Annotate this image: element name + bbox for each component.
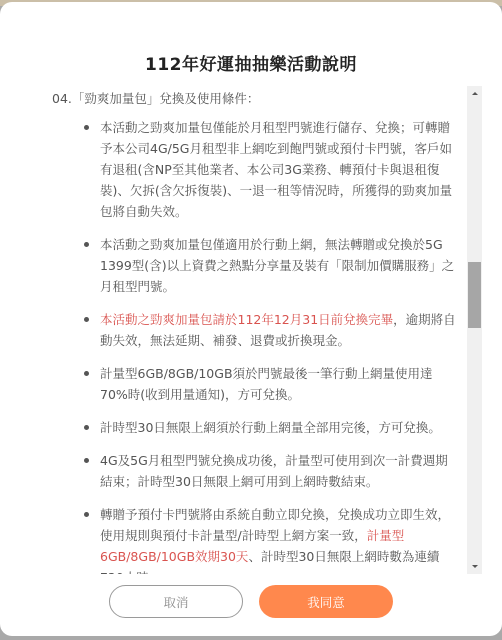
rule-item: 計量型6GB/8GB/10GB須於門號最後一筆行動上網量使用達70%時(收到用量…: [82, 363, 462, 405]
rule-text: 4G及5G月租型門號兌換成功後，計量型可使用到次一計費週期結束；計時型30日無限…: [100, 453, 448, 489]
rule-text: 計時型30日無限上網須於行動上網量全部用完後，方可兌換。: [100, 420, 441, 435]
scrollbar-thumb[interactable]: [468, 262, 481, 328]
rule-item: 計時型30日無限上網須於行動上網量全部用完後，方可兌換。: [82, 417, 462, 438]
rule-text: 計量型6GB/8GB/10GB須於門號最後一筆行動上網量使用達70%時(收到用量…: [100, 366, 433, 402]
scroll-down-arrow-icon: [472, 565, 478, 568]
scroll-up-arrow-icon: [472, 92, 478, 95]
rule-item: 本活動之勁爽加量包僅適用於行動上網，無法轉贈或兌換於5G 1399型(含)以上資…: [82, 234, 462, 297]
rule-item: 4G及5G月租型門號兌換成功後，計量型可使用到次一計費週期結束；計時型30日無限…: [82, 450, 462, 492]
bullet-icon: [84, 371, 89, 376]
bullet-icon: [84, 242, 89, 247]
rule-item: 本活動之勁爽加量包請於112年12月31日前兌換完畢，逾期將自動失效，無法延期、…: [82, 309, 462, 351]
bullet-icon: [84, 458, 89, 463]
modal-title: 112年好運抽抽樂活動說明: [0, 50, 502, 75]
agree-button[interactable]: 我同意: [259, 585, 393, 618]
rule-item: 轉贈予預付卡門號將由系統自動立即兌換，兌換成功立即生效，使用規則與預付卡計量型/…: [82, 504, 462, 574]
rules-scroll-area[interactable]: 04.「勁爽加量包」兌換及使用條件： 本活動之勁爽加量包僅能於月租型門號進行儲存…: [52, 88, 462, 574]
rule-item: 本活動之勁爽加量包僅能於月租型門號進行儲存、兌換；可轉贈予本公司4G/5G月租型…: [82, 117, 462, 222]
scroll-down-button[interactable]: [467, 559, 482, 574]
rule-text-highlight: 本活動之勁爽加量包請於112年12月31日前兌換完畢: [100, 312, 393, 327]
vertical-scrollbar[interactable]: [467, 86, 482, 574]
bullet-icon: [84, 125, 89, 130]
section-heading: 04.「勁爽加量包」兌換及使用條件：: [52, 88, 462, 109]
rules-list: 本活動之勁爽加量包僅能於月租型門號進行儲存、兌換；可轉贈予本公司4G/5G月租型…: [52, 117, 462, 574]
bullet-icon: [84, 512, 89, 517]
bullet-icon: [84, 425, 89, 430]
scroll-up-button[interactable]: [467, 86, 482, 101]
rule-text: 本活動之勁爽加量包僅能於月租型門號進行儲存、兌換；可轉贈予本公司4G/5G月租型…: [100, 120, 452, 219]
rule-text: 本活動之勁爽加量包僅適用於行動上網，無法轉贈或兌換於5G 1399型(含)以上資…: [100, 237, 454, 294]
cancel-button[interactable]: 取消: [109, 585, 243, 618]
bullet-icon: [84, 317, 89, 322]
